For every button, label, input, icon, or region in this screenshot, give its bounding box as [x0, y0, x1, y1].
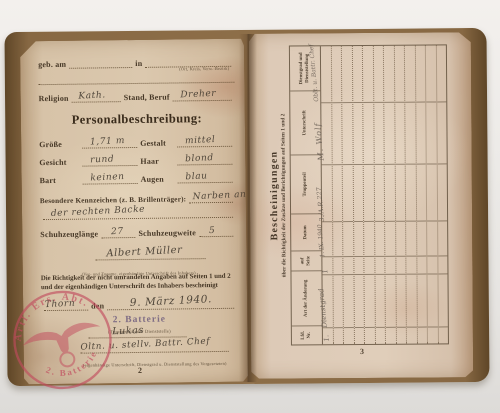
marks-label: Besondere Kennzeichen (z. B. Brillenträg…: [40, 195, 186, 205]
shoe-width-label: Schuhzeugweite: [138, 228, 196, 238]
personalbeschreibung-heading: Personalbeschreibung:: [39, 111, 235, 128]
gestalt-value: mittel: [184, 135, 215, 146]
gesicht-row: Gesicht rund Haar blond: [39, 153, 235, 167]
born-in-label: in: [135, 59, 142, 68]
owner-signature-line: Albert Müller: [95, 248, 205, 260]
gesicht-label: Gesicht: [39, 158, 79, 167]
bart-line: keinen: [83, 173, 138, 185]
augen-value: blau: [185, 171, 208, 182]
born-in-caption: (Ort, Kreis, Verw.-Bezirk): [179, 66, 229, 72]
religion-row: Religion Kath. Stand, Beruf Dreher: [39, 89, 235, 103]
owner-signature: Albert Müller: [106, 245, 183, 260]
rotated-table-block: Bescheinigungen über die Richtigkeit der…: [268, 45, 454, 346]
haar-line: blond: [177, 154, 232, 166]
right-page-number: 3: [251, 346, 473, 357]
table-row-empty: [436, 46, 448, 344]
haar-value: blond: [185, 153, 214, 164]
table-body: 1. Dienstgrad 1 1. IX. 1940 3./A.R.227 M…: [321, 46, 448, 345]
marks-row-2: der rechten Backe: [40, 206, 236, 220]
born-row: geb. am in (Ort, Kreis, Verw.-Bezirk): [38, 55, 234, 69]
shoe-row: Schuhzeuglänge 27 Schuhzeugweite 5: [40, 225, 236, 239]
gestalt-line: mittel: [177, 136, 232, 148]
beruf-value: Dreher: [181, 89, 217, 101]
groesse-value: 1,71 m: [89, 136, 124, 148]
born-line: [69, 57, 132, 69]
date-value: 9. März 1940.: [130, 293, 213, 309]
table-subtitle: über die Richtigkeit der Zusätze und Ber…: [280, 46, 288, 346]
continuation-line: [38, 81, 234, 85]
eagle-emblem-icon: [21, 318, 108, 375]
page-right: Bescheinigungen über die Richtigkeit der…: [249, 32, 473, 379]
shoe-length-line: 27: [101, 227, 135, 238]
augen-line: blau: [178, 172, 233, 184]
table-title: Bescheinigungen: [268, 46, 281, 346]
col-auf-seite: auf Seite: [291, 250, 321, 270]
marks-line1: Narben an: [189, 192, 233, 204]
religion-value: Kath.: [78, 90, 106, 101]
bart-row: Bart keinen Augen blau: [40, 171, 236, 185]
bart-value: keinen: [90, 172, 125, 184]
bescheinigungen-table: Lfd. Nr. Art der Änderung auf Seite Datu…: [289, 45, 449, 346]
born-in-line: (Ort, Kreis, Verw.-Bezirk): [145, 56, 231, 68]
gestalt-label: Gestalt: [140, 139, 174, 148]
groesse-row: Größe 1,71 m Gestalt mittel: [39, 135, 235, 149]
groesse-line: 1,71 m: [82, 137, 137, 149]
shoe-length-label: Schuhzeuglänge: [40, 229, 98, 239]
entry-seite: 1: [321, 269, 329, 274]
shoe-length-value: 27: [111, 227, 124, 238]
religion-label: Religion: [39, 94, 69, 103]
marks-line2: der rechten Backe: [43, 207, 233, 220]
shoe-width-line: 5: [199, 226, 233, 237]
binding-shadow: [239, 34, 257, 382]
marks-value-2: der rechten Backe: [50, 205, 145, 219]
haar-label: Haar: [140, 157, 174, 166]
born-label: geb. am: [38, 60, 66, 69]
augen-label: Augen: [141, 175, 175, 184]
gesicht-line: rund: [82, 155, 137, 167]
groesse-label: Größe: [39, 140, 79, 149]
beruf-label: Stand, Beruf: [124, 93, 170, 103]
owner-signature-row: Albert Müller: [92, 247, 208, 260]
bart-label: Bart: [40, 176, 80, 185]
entry-nr: 1.: [322, 335, 331, 342]
shoe-width-value: 5: [209, 226, 216, 236]
beruf-line: Dreher: [173, 90, 232, 102]
gesicht-value: rund: [90, 154, 115, 165]
marks-row: Besondere Kennzeichen (z. B. Brillenträg…: [40, 191, 236, 205]
col-lfd-nr: Lfd. Nr.: [292, 325, 322, 344]
religion-line: Kath.: [72, 91, 121, 103]
photo-of-open-booklet: geb. am in (Ort, Kreis, Verw.-Bezirk) Re…: [0, 0, 500, 413]
